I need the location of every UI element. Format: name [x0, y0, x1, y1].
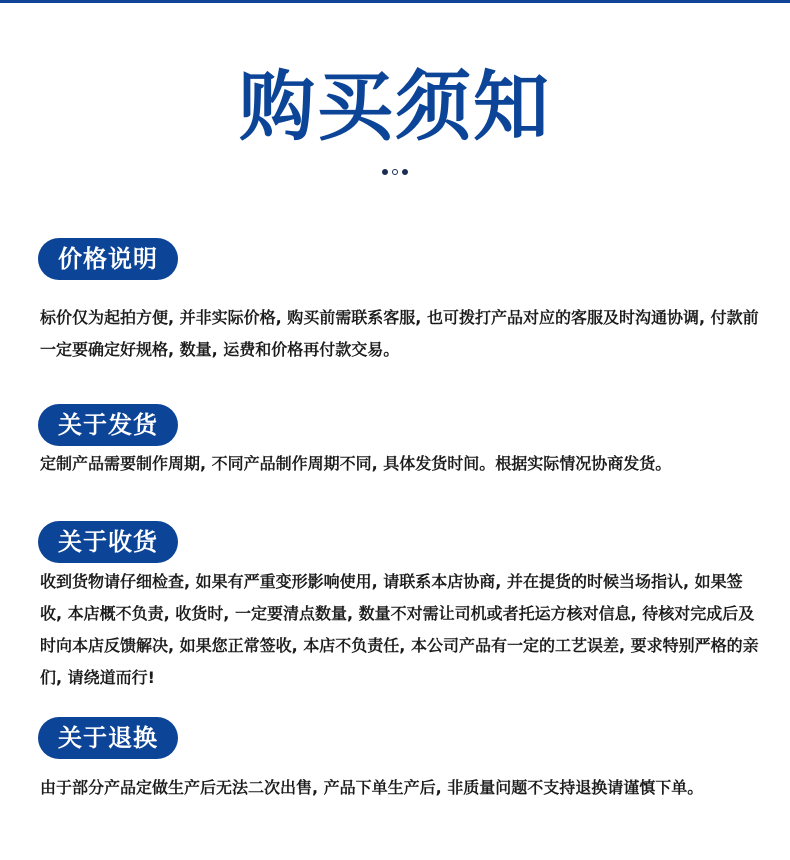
- decorative-dots: [0, 169, 790, 175]
- purchase-notice-page: 购买须知 价格说明 标价仅为起拍方便, 并非实际价格, 购买前需联系客服, 也可…: [0, 0, 790, 860]
- dot-filled-icon: [382, 169, 388, 175]
- dot-filled-icon: [402, 169, 408, 175]
- section-label-receiving: 关于收货: [38, 521, 178, 563]
- page-title: 购买须知: [0, 62, 790, 152]
- section-body-returns: 由于部分产品定做生产后无法二次出售, 产品下单生产后, 非质量问题不支持退换请谨…: [40, 772, 760, 804]
- section-label-shipping: 关于发货: [38, 404, 178, 446]
- dot-hollow-icon: [392, 169, 398, 175]
- section-body-receiving: 收到货物请仔细检查, 如果有严重变形影响使用, 请联系本店协商, 并在提货的时候…: [40, 566, 760, 694]
- section-body-shipping: 定制产品需要制作周期, 不同产品制作周期不同, 具体发货时间。根据实际情况协商发…: [40, 448, 760, 480]
- section-label-price: 价格说明: [38, 238, 178, 280]
- top-accent-bar: [0, 0, 790, 3]
- section-body-price: 标价仅为起拍方便, 并非实际价格, 购买前需联系客服, 也可拨打产品对应的客服及…: [40, 302, 760, 366]
- section-label-returns: 关于退换: [38, 717, 178, 759]
